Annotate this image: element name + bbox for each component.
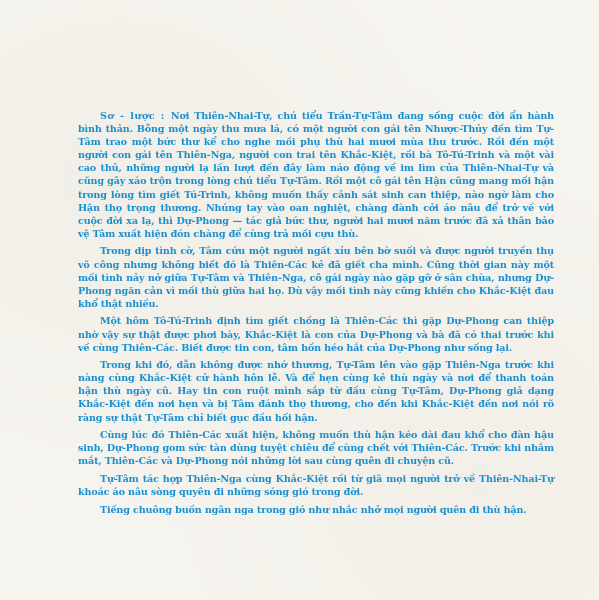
paragraph-2: Trong dịp tình cờ, Tâm cứu một người ngấ… <box>78 245 554 310</box>
paragraph-5: Cùng lúc đó Thiên-Các xuất hiện, không m… <box>78 429 554 468</box>
synopsis-heading: Sơ - lược : <box>100 111 165 122</box>
paragraph-1: Sơ - lược :Nơi Thiên-Nhai-Tự, chú tiểu T… <box>78 110 554 241</box>
paragraph-6: Tự-Tâm tác hợp Thiên-Nga cùng Khắc-Kiệt … <box>78 473 554 499</box>
synopsis-text: Sơ - lược :Nơi Thiên-Nhai-Tự, chú tiểu T… <box>78 110 554 521</box>
paragraph-7: Tiếng chuông buồn ngân nga trong gió như… <box>78 504 554 517</box>
paragraph-1-text: Nơi Thiên-Nhai-Tự, chú tiểu Trần-Tự-Tâm … <box>78 111 554 240</box>
paragraph-4: Trong khi đó, dẫn không được nhớ thương,… <box>78 359 554 424</box>
paragraph-3: Một hôm Tô-Tú-Trinh định tìm giết chồng … <box>78 315 554 354</box>
